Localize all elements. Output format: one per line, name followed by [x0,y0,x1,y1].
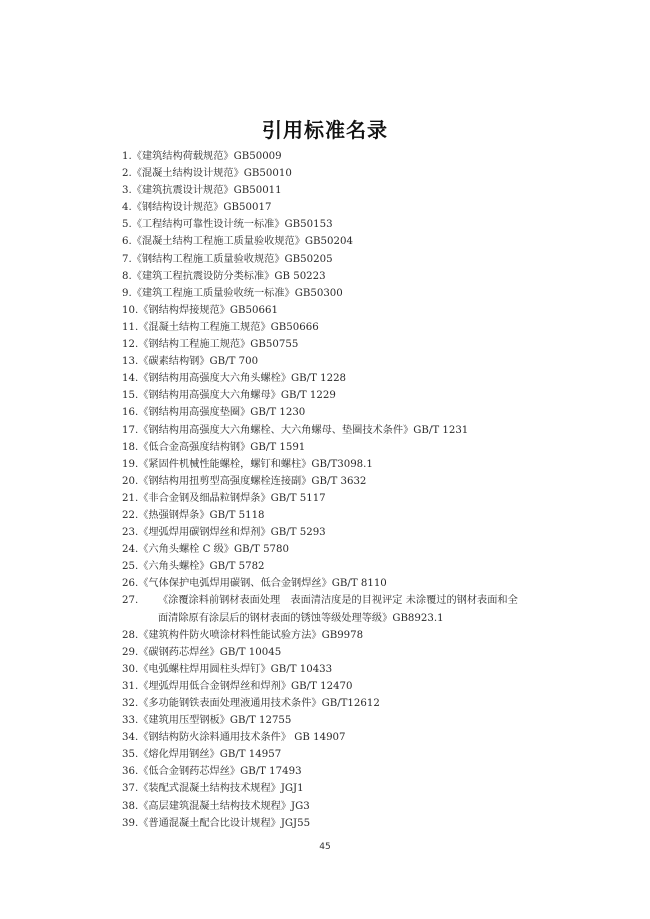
list-item: 20.《钢结构用扭剪型高强度螺栓连接副》GB/T 3632 [122,473,562,490]
list-item: 3.《建筑抗震设计规范》GB50011 [122,182,562,199]
standard-code: GB50205 [285,254,333,265]
list-item: 27.《涂覆涂料前钢材表面处理 表面清洁度是的目视评定 未涂覆过的钢材表面和全面… [122,592,562,626]
item-number: 27. [122,592,158,609]
item-number: 17. [122,425,138,436]
standard-code: GB50153 [285,219,333,230]
standard-name: 《钢结构用高强度大六角螺栓、大六角螺母、垫圈技术条件》 [138,425,413,436]
standard-code: GB/T 5293 [271,527,326,538]
standard-name: 《普通混凝土配合比设计规程》 [138,818,281,829]
item-number: 1. [122,151,132,162]
standard-code: GB/T 700 [210,356,259,367]
list-item: 23.《埋弧焊用碳钢焊丝和焊剂》GB/T 5293 [122,524,562,541]
item-number: 30. [122,664,138,675]
list-item: 38.《高层建筑混凝土结构技术规程》JG3 [122,798,562,815]
standard-code: GB50017 [223,202,271,213]
item-number: 26. [122,578,138,589]
standard-name: 《碳素结构钢》 [138,356,209,367]
list-item: 4.《钢结构设计规范》GB50017 [122,199,562,216]
standard-code: GB50661 [230,305,278,316]
standard-code: GB50011 [234,185,282,196]
standard-code: GB50204 [305,236,353,247]
standard-name: 《电弧螺柱焊用圆柱头焊钉》 [138,664,270,675]
list-item: 11.《混凝土结构工程施工规范》GB50666 [122,319,562,336]
item-number: 15. [122,390,138,401]
standard-name: 《建筑用压型钢板》 [138,715,230,726]
list-item: 29.《碳钢药芯焊丝》GB/T 10045 [122,644,562,661]
standard-name: 《埋弧焊用低合金钢焊丝和焊剂》 [138,681,291,692]
item-number: 20. [122,476,138,487]
standard-name: 《混凝土结构设计规范》 [132,168,244,179]
list-item: 2.《混凝土结构设计规范》GB50010 [122,165,562,182]
list-item: 21.《非合金钢及细晶粒钢焊条》GB/T 5117 [122,490,562,507]
list-item: 32.《多功能钢铁表面处理液通用技术条件》GB/T12612 [122,695,562,712]
standard-name: 《钢结构焊接规范》 [138,305,230,316]
page-title: 引用标准名录 [0,114,650,143]
standard-name: 《装配式混凝土结构技术规程》 [138,783,281,794]
standard-code: GB50755 [250,339,298,350]
list-item: 13.《碳素结构钢》GB/T 700 [122,353,562,370]
standard-code: GB/T3098.1 [311,459,373,470]
list-item: 10.《钢结构焊接规范》GB50661 [122,302,562,319]
standard-code: GB8923.1 [392,613,443,624]
item-number: 6. [122,236,132,247]
standard-code: GB/T 14957 [220,749,282,760]
list-item: 15.《钢结构用高强度大六角螺母》GB/T 1229 [122,387,562,404]
standard-code: GB/T 10045 [220,647,282,658]
item-number: 28. [122,630,138,641]
list-item: 7.《钢结构工程施工质量验收规范》GB50205 [122,251,562,268]
standard-name: 《埋弧焊用碳钢焊丝和焊剂》 [138,527,270,538]
standard-name-continued: 面清除原有涂层后的钢材表面的锈蚀等级处理等级》GB8923.1 [122,610,562,627]
standard-name: 《低合金钢药芯焊丝》 [138,766,240,777]
standard-name: 《钢结构工程施工质量验收规范》 [132,254,285,265]
standard-code: GB/T 1229 [281,390,336,401]
standard-name: 《热强钢焊条》 [138,510,209,521]
standard-name: 《紧固件机械性能螺栓，螺钉和螺柱》 [138,459,311,470]
item-number: 11. [122,322,138,333]
item-number: 32. [122,698,138,709]
standard-name: 《六角头螺栓》 [138,561,209,572]
list-item: 35.《熔化焊用钢丝》GB/T 14957 [122,746,562,763]
standard-name: 《工程结构可靠性设计统一标准》 [132,219,285,230]
list-item: 26.《气体保护电弧焊用碳钢、低合金钢焊丝》GB/T 8110 [122,575,562,592]
standard-name: 《建筑构件防火喷涂材料性能试验方法》 [138,630,321,641]
item-number: 18. [122,442,138,453]
item-number: 5. [122,219,132,230]
standard-code: JGJ55 [281,818,310,829]
page-number: 45 [0,842,650,852]
list-item: 22.《热强钢焊条》GB/T 5118 [122,507,562,524]
item-number: 37. [122,783,138,794]
item-number: 39. [122,818,138,829]
standard-code: GB/T 1230 [250,407,305,418]
list-item: 36.《低合金钢药芯焊丝》GB/T 17493 [122,763,562,780]
standard-code: GB 14907 [291,732,346,743]
standard-code: GB/T 1591 [250,442,305,453]
item-number: 19. [122,459,138,470]
standard-name: 《钢结构用高强度大六角头螺栓》 [138,373,291,384]
item-number: 8. [122,271,132,282]
standard-code: GB/T 5780 [234,544,289,555]
item-number: 21. [122,493,138,504]
standard-code: GB/T 3632 [311,476,366,487]
item-number: 12. [122,339,138,350]
list-item: 39.《普通混凝土配合比设计规程》JGJ55 [122,815,562,832]
item-number: 24. [122,544,138,555]
list-item: 30.《电弧螺柱焊用圆柱头焊钉》GB/T 10433 [122,661,562,678]
list-item: 31.《埋弧焊用低合金钢焊丝和焊剂》GB/T 12470 [122,678,562,695]
list-item: 1.《建筑结构荷载规范》GB50009 [122,148,562,165]
item-number: 23. [122,527,138,538]
standard-name: 《气体保护电弧焊用碳钢、低合金钢焊丝》 [138,578,332,589]
item-number: 10. [122,305,138,316]
standard-name: 《钢结构工程施工规范》 [138,339,250,350]
list-item: 37.《装配式混凝土结构技术规程》JGJ1 [122,780,562,797]
standard-code: GB/T 5117 [271,493,326,504]
reference-standards-list: 1.《建筑结构荷载规范》GB50009 2.《混凝土结构设计规范》GB50010… [122,148,562,832]
standard-name: 《混凝土结构工程施工规范》 [138,322,270,333]
item-number: 31. [122,681,138,692]
standard-code: GB/T 12755 [230,715,292,726]
standard-code: GB9978 [322,630,364,641]
standard-name: 《涂覆涂料前钢材表面处理 表面清洁度是的目视评定 未涂覆过的钢材表面和全 [158,595,518,606]
standard-code: GB/T 1228 [291,373,346,384]
list-item: 18.《低合金高强度结构钢》GB/T 1591 [122,439,562,456]
list-item: 33.《建筑用压型钢板》GB/T 12755 [122,712,562,729]
list-item: 28.《建筑构件防火喷涂材料性能试验方法》GB9978 [122,627,562,644]
list-item: 12.《钢结构工程施工规范》GB50755 [122,336,562,353]
item-number: 38. [122,801,138,812]
standard-name: 《混凝土结构工程施工质量验收规范》 [132,236,305,247]
standard-name: 《低合金高强度结构钢》 [138,442,250,453]
list-item: 16.《钢结构用高强度垫圈》GB/T 1230 [122,404,562,421]
standard-name: 《六角头螺栓 C 级》 [138,544,234,555]
item-number: 2. [122,168,132,179]
standard-name: 《碳钢药芯焊丝》 [138,647,220,658]
standard-name: 《钢结构用高强度大六角螺母》 [138,390,281,401]
standard-code: GB 50223 [274,271,325,282]
item-number: 16. [122,407,138,418]
standard-name: 《建筑结构荷载规范》 [132,151,234,162]
list-item: 34.《钢结构防火涂料通用技术条件》 GB 14907 [122,729,562,746]
standard-name: 《熔化焊用钢丝》 [138,749,220,760]
item-number: 14. [122,373,138,384]
item-number: 29. [122,647,138,658]
list-item: 6.《混凝土结构工程施工质量验收规范》GB50204 [122,233,562,250]
list-item: 9.《建筑工程施工质量验收统一标准》GB50300 [122,285,562,302]
list-item: 24.《六角头螺栓 C 级》GB/T 5780 [122,541,562,558]
standard-code: GB/T 1231 [413,425,468,436]
standard-code: GB/T 8110 [332,578,387,589]
item-number: 3. [122,185,132,196]
list-item: 14.《钢结构用高强度大六角头螺栓》GB/T 1228 [122,370,562,387]
standard-code: GB50009 [234,151,282,162]
item-number: 33. [122,715,138,726]
standard-name: 《非合金钢及细晶粒钢焊条》 [138,493,270,504]
item-number: 22. [122,510,138,521]
item-number: 7. [122,254,132,265]
standard-code: GB50666 [271,322,319,333]
standard-name: 《高层建筑混凝土结构技术规程》 [138,801,291,812]
item-number: 4. [122,202,132,213]
standard-code: GB/T 17493 [240,766,302,777]
list-item: 5.《工程结构可靠性设计统一标准》GB50153 [122,216,562,233]
standard-name: 《建筑抗震设计规范》 [132,185,234,196]
list-item: 8.《建筑工程抗震设防分类标准》GB 50223 [122,268,562,285]
standard-code: GB50010 [244,168,292,179]
item-number: 34. [122,732,138,743]
standard-code: GB/T 5118 [210,510,265,521]
item-number: 25. [122,561,138,572]
item-number: 13. [122,356,138,367]
standard-code: GB/T12612 [322,698,380,709]
list-item: 25.《六角头螺栓》GB/T 5782 [122,558,562,575]
standard-name: 《建筑工程施工质量验收统一标准》 [132,288,295,299]
standard-name-continued-text: 面清除原有涂层后的钢材表面的锈蚀等级处理等级》 [158,613,392,624]
standard-name: 《钢结构防火涂料通用技术条件》 [138,732,291,743]
item-number: 36. [122,766,138,777]
item-number: 9. [122,288,132,299]
item-number: 35. [122,749,138,760]
standard-code: GB/T 12470 [291,681,353,692]
standard-name: 《钢结构设计规范》 [132,202,224,213]
standard-code: GB50300 [295,288,343,299]
standard-name: 《钢结构用扭剪型高强度螺栓连接副》 [138,476,311,487]
list-item: 19.《紧固件机械性能螺栓，螺钉和螺柱》GB/T3098.1 [122,456,562,473]
standard-name: 《钢结构用高强度垫圈》 [138,407,250,418]
standard-code: JGJ1 [281,783,304,794]
standard-name: 《多功能钢铁表面处理液通用技术条件》 [138,698,321,709]
standard-name: 《建筑工程抗震设防分类标准》 [132,271,275,282]
standard-code: JG3 [291,801,310,812]
document-page: 引用标准名录 1.《建筑结构荷载规范》GB50009 2.《混凝土结构设计规范》… [0,0,650,919]
standard-code: GB/T 10433 [271,664,333,675]
list-item: 17.《钢结构用高强度大六角螺栓、大六角螺母、垫圈技术条件》GB/T 1231 [122,422,562,439]
standard-code: GB/T 5782 [210,561,265,572]
